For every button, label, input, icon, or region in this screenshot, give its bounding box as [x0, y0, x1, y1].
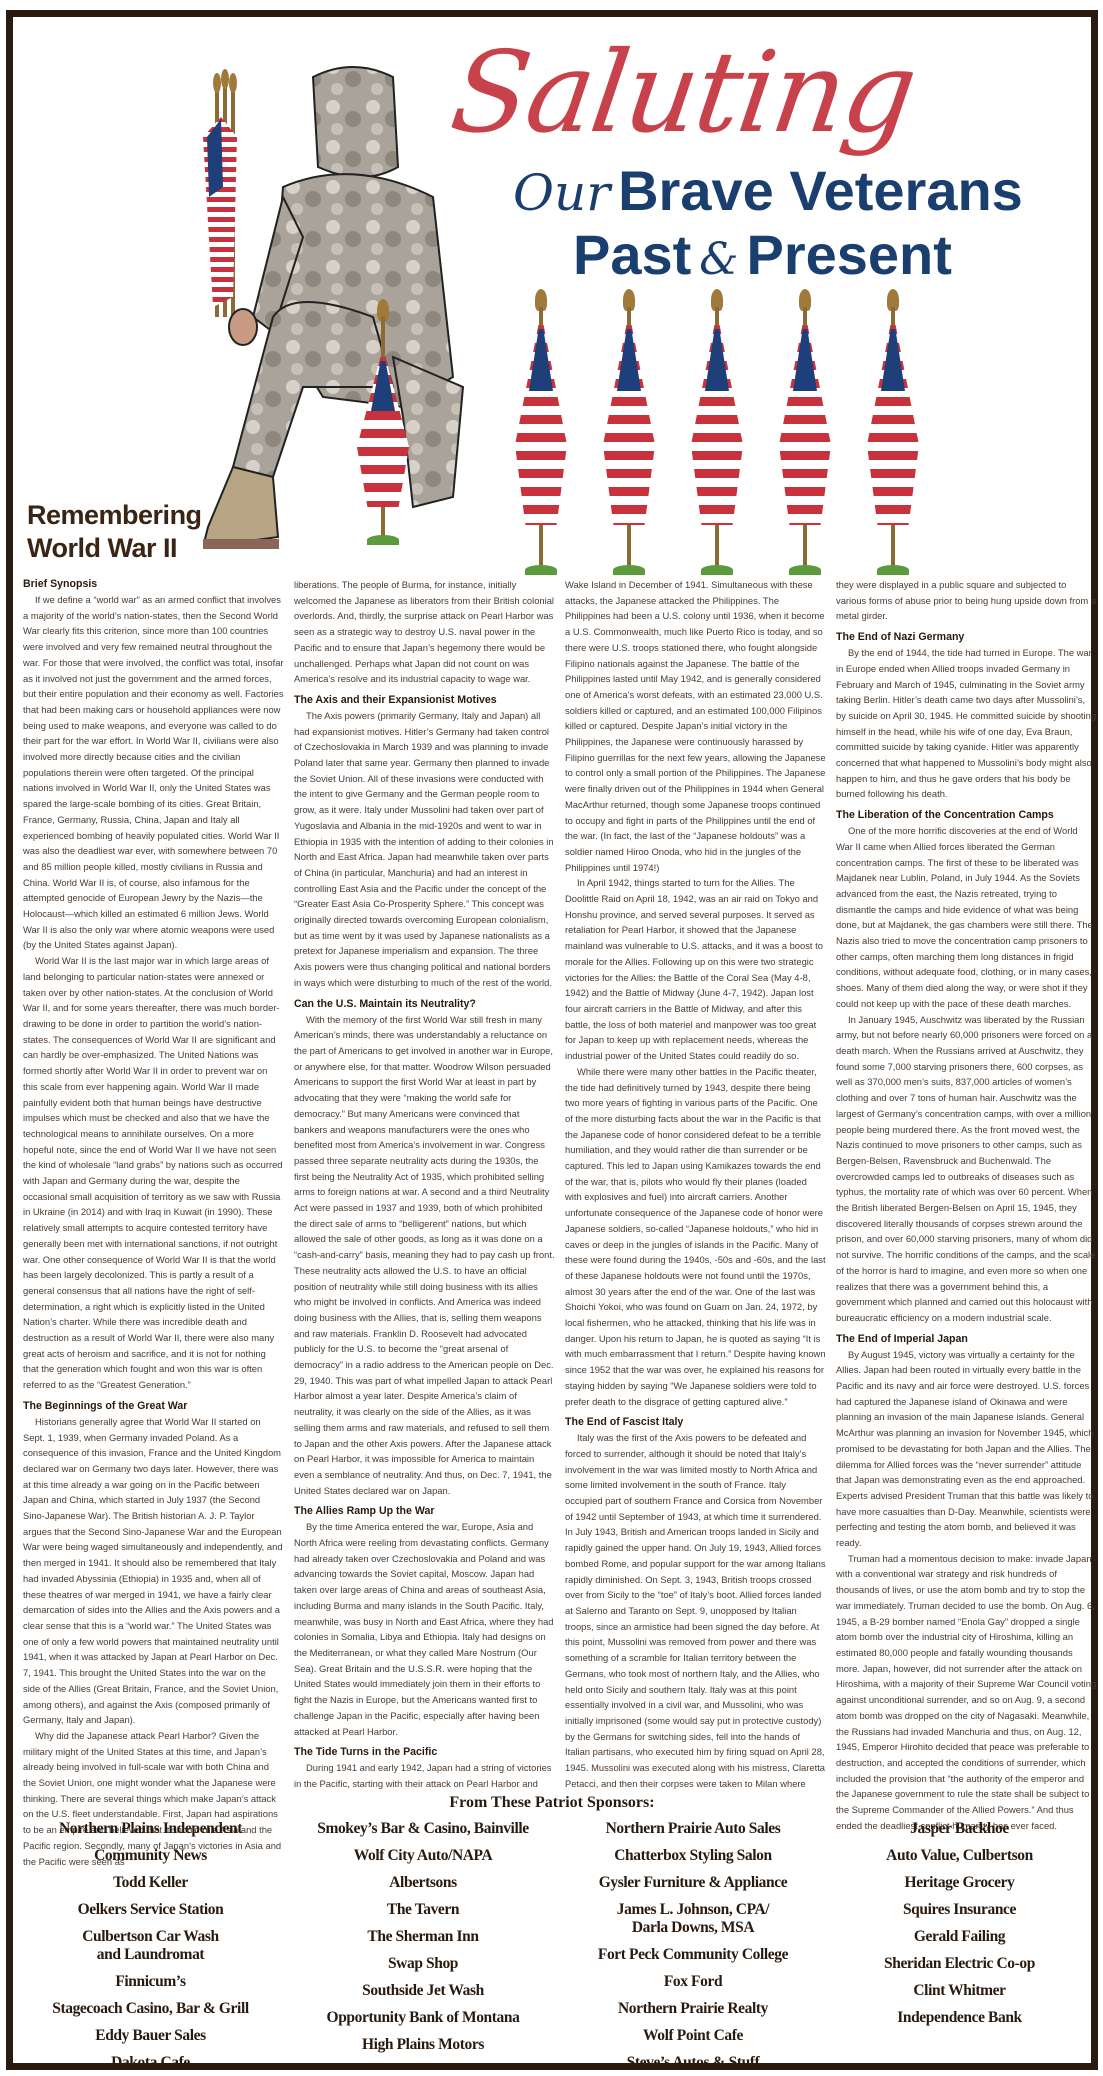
sponsor-column-4: Jasper Backhoe Auto Value, Culbertson He…	[828, 1816, 1091, 2076]
paragraph: Historians generally agree that World Wa…	[23, 1414, 284, 1728]
sponsor-name: Todd Keller	[13, 1870, 288, 1897]
section-title-line-2: World War II	[27, 532, 202, 565]
sponsors-section: From These Patriot Sponsors: Northern Pl…	[13, 1782, 1091, 2076]
sponsor-name: Community News	[13, 1843, 288, 1870]
article-body: Brief Synopsis If we define a “world war…	[23, 577, 1097, 1777]
heading-brief-synopsis: Brief Synopsis	[23, 577, 284, 592]
paragraph: One of the more horrific discoveries at …	[836, 823, 1097, 1011]
sponsor-name: Northern Prairie Auto Sales	[558, 1816, 828, 1843]
paragraph: By August 1945, victory was virtually a …	[836, 1347, 1097, 1551]
sponsor-name: Oelkers Service Station	[13, 1897, 288, 1924]
paragraph-continued: Wake Island in December of 1941. Simulta…	[565, 577, 826, 875]
paragraph: While there were many other battles in t…	[565, 1064, 826, 1409]
sponsor-name: Auto Value, Culbertson	[828, 1843, 1091, 1870]
heading-concentration-camps: The Liberation of the Concentration Camp…	[836, 808, 1097, 823]
sponsor-name: Clint Whitmer	[828, 1978, 1091, 2005]
sponsor-name: Fox Ford	[558, 1969, 828, 1996]
article-column-3: Wake Island in December of 1941. Simulta…	[565, 577, 826, 1869]
paragraph: World War II is the last major war in wh…	[23, 953, 284, 1393]
headline-saluting: Saluting	[445, 37, 921, 149]
article-column-4: they were displayed in a public square a…	[836, 577, 1097, 1869]
sponsor-column-2: Smokey’s Bar & Casino, Bainville Wolf Ci…	[288, 1816, 558, 2076]
page-frame: Saluting OurBrave Veterans Past&Present …	[6, 10, 1098, 2070]
flag-icon	[775, 307, 835, 577]
heading-beginnings: The Beginnings of the Great War	[23, 1399, 284, 1414]
paragraph: Italy was the first of the Axis powers t…	[565, 1430, 826, 1791]
sponsor-name: Dakota Cafe	[13, 2050, 288, 2076]
sponsor-name: Southside Jet Wash	[288, 1978, 558, 2005]
flag-icon	[353, 317, 413, 547]
sponsor-name: Finnicum’s	[13, 1969, 288, 1996]
headline-past: Past	[573, 223, 691, 286]
sponsor-name: Gerald Failing	[828, 1924, 1091, 1951]
sponsor-name: Swap Shop	[288, 1951, 558, 1978]
heading-imperial-japan: The End of Imperial Japan	[836, 1332, 1097, 1347]
sponsors-heading: From These Patriot Sponsors:	[13, 1794, 1091, 1812]
headline-line-2: Past&Present	[573, 227, 952, 283]
heading-allies-ramp-up: The Allies Ramp Up the War	[294, 1504, 555, 1519]
sponsor-name: Wolf Point Cafe	[558, 2023, 828, 2050]
headline-ampersand: &	[699, 234, 738, 285]
paragraph: If we define a “world war” as an armed c…	[23, 592, 284, 953]
sponsor-name: James L. Johnson, CPA/ Darla Downs, MSA	[558, 1897, 828, 1942]
sponsor-name: Sheridan Electric Co-op	[828, 1951, 1091, 1978]
sponsor-name: Culbertson Car Wash and Laundromat	[13, 1924, 288, 1969]
paragraph-continued: liberations. The people of Burma, for in…	[294, 577, 555, 687]
flag-icon	[863, 307, 923, 577]
sponsor-name: Fort Peck Community College	[558, 1942, 828, 1969]
sponsor-name: The Sherman Inn	[288, 1924, 558, 1951]
headline-present: Present	[746, 223, 951, 286]
sponsor-name: Squires Insurance	[828, 1897, 1091, 1924]
paragraph: In April 1942, things started to turn fo…	[565, 875, 826, 1063]
section-title-line-1: Remembering	[27, 499, 202, 532]
sponsor-name: Chatterbox Styling Salon	[558, 1843, 828, 1870]
section-title: Remembering World War II	[27, 499, 202, 565]
sponsor-name: Heritage Grocery	[828, 1870, 1091, 1897]
headline-line-1: OurBrave Veterans	[513, 163, 1023, 219]
sponsor-name: Albertsons	[288, 1870, 558, 1897]
sponsor-name: Eddy Bauer Sales	[13, 2023, 288, 2050]
sponsor-name: Smokey’s Bar & Casino, Bainville	[288, 1816, 558, 1843]
sponsor-name: Steve’s Autos & Stuff	[558, 2050, 828, 2076]
sponsor-name: Stagecoach Casino, Bar & Grill	[13, 1996, 288, 2023]
paragraph: By the time America entered the war, Eur…	[294, 1519, 555, 1739]
heading-tide-turns: The Tide Turns in the Pacific	[294, 1745, 555, 1760]
header-banner: Saluting OurBrave Veterans Past&Present …	[13, 17, 1091, 577]
sponsor-name: Northern Prairie Realty	[558, 1996, 828, 2023]
paragraph: In January 1945, Auschwitz was liberated…	[836, 1012, 1097, 1326]
flag-icon	[599, 307, 659, 577]
sponsor-name: Jasper Backhoe	[828, 1816, 1091, 1843]
sponsor-name: High Plains Motors	[288, 2032, 558, 2059]
sponsor-columns: Northern Plains Independent Community Ne…	[13, 1816, 1091, 2076]
heading-fascist-italy: The End of Fascist Italy	[565, 1415, 826, 1430]
paragraph: The Axis powers (primarily Germany, Ital…	[294, 708, 555, 991]
paragraph: With the memory of the first World War s…	[294, 1012, 555, 1499]
sponsor-column-1: Northern Plains Independent Community Ne…	[13, 1816, 288, 2076]
headline-our: Our	[513, 164, 610, 222]
paragraph: By the end of 1944, the tide had turned …	[836, 645, 1097, 802]
article-column-2: liberations. The people of Burma, for in…	[294, 577, 555, 1869]
flag-icon	[511, 307, 571, 577]
heading-axis-motives: The Axis and their Expansionist Motives	[294, 693, 555, 708]
sponsor-name: The Tavern	[288, 1897, 558, 1924]
sponsor-name: Gysler Furniture & Appliance	[558, 1870, 828, 1897]
sponsor-name: Opportunity Bank of Montana	[288, 2005, 558, 2032]
sponsor-name: Wolf City Auto/NAPA	[288, 1843, 558, 1870]
sponsor-name: Independence Bank	[828, 2005, 1091, 2032]
paragraph-continued: they were displayed in a public square a…	[836, 577, 1097, 624]
article-column-1: Brief Synopsis If we define a “world war…	[23, 577, 284, 1869]
sponsor-name: Northern Plains Independent	[13, 1816, 288, 1843]
heading-us-neutrality: Can the U.S. Maintain its Neutrality?	[294, 997, 555, 1012]
flag-icon	[687, 307, 747, 577]
heading-nazi-germany: The End of Nazi Germany	[836, 630, 1097, 645]
sponsor-column-3: Northern Prairie Auto Sales Chatterbox S…	[558, 1816, 828, 2076]
headline-brave-veterans: Brave Veterans	[618, 159, 1023, 222]
